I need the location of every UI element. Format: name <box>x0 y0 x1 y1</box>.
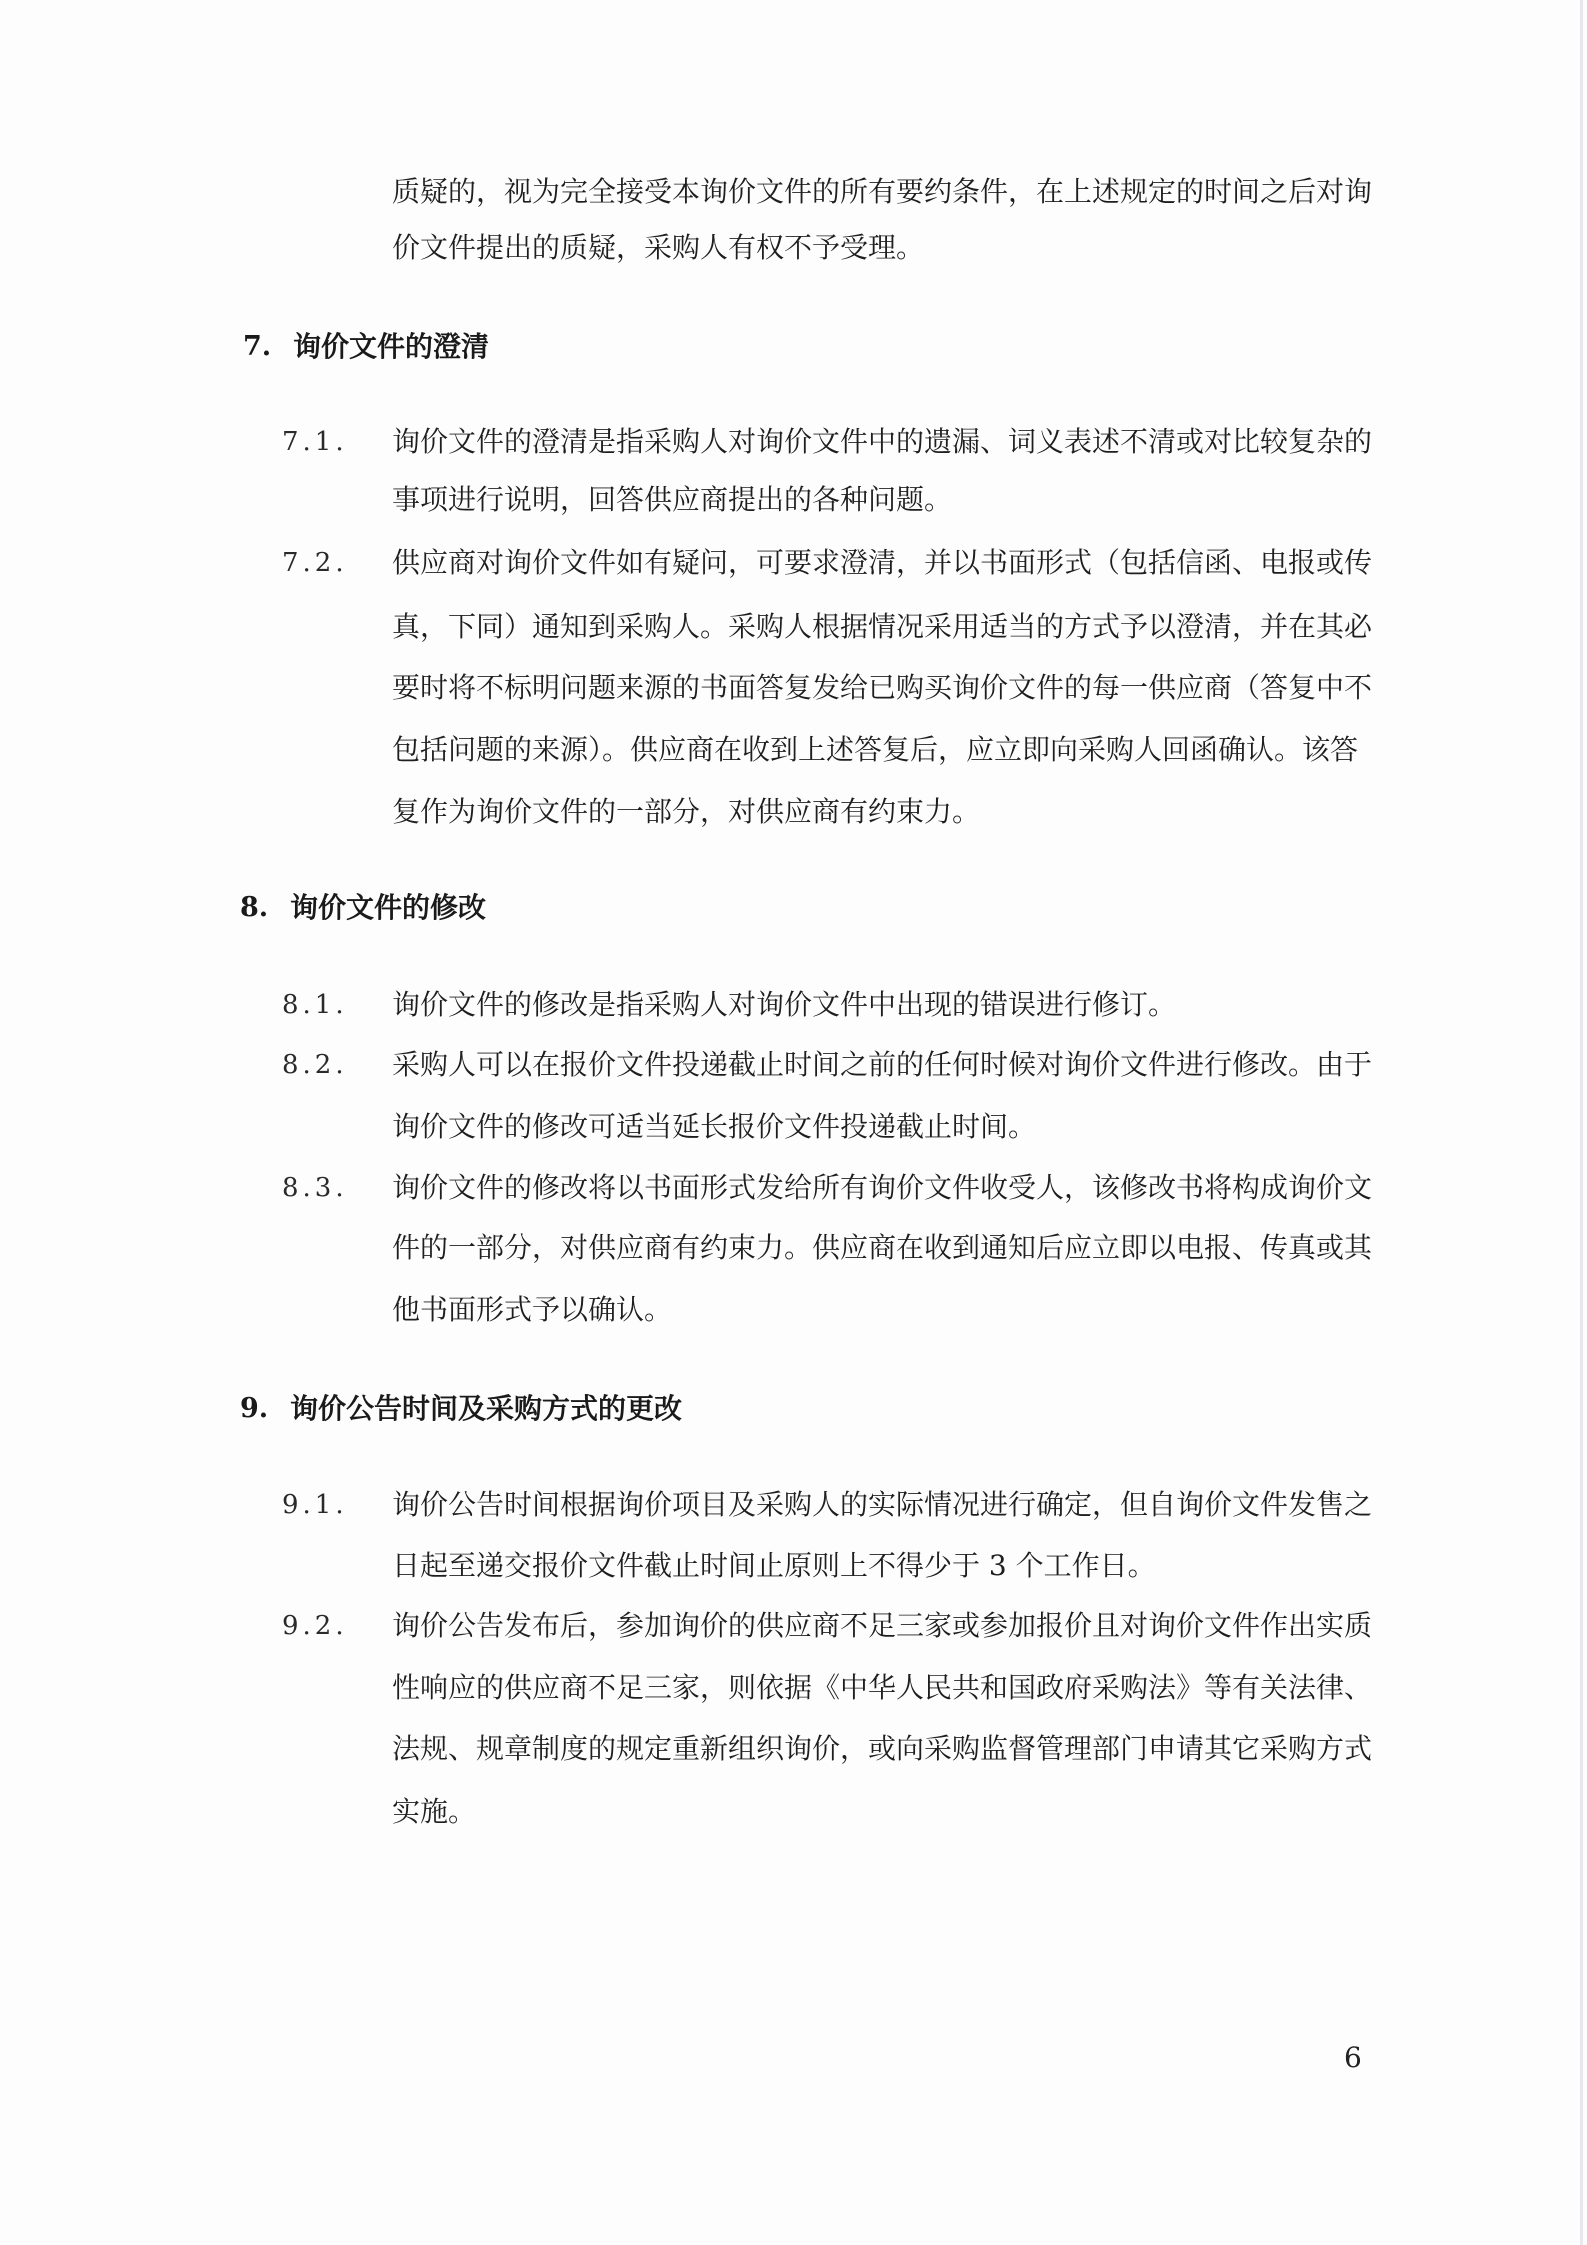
section-number: 7. <box>243 327 271 367</box>
item-8-3-line-1: 询价文件的修改将以书面形式发给所有询价文件收受人，该修改书将构成询价文 <box>392 1168 1356 1208</box>
page-number: 6 <box>1344 2040 1362 2076</box>
item-9-1-line-1: 询价公告时间根据询价项目及采购人的实际情况进行确定，但自询价文件发售之 <box>392 1485 1356 1525</box>
document-page: 质疑的，视为完全接受本询价文件的所有要约条件，在上述规定的时间之后对询 价文件提… <box>0 0 1587 2245</box>
item-8-3-line-3: 他书面形式予以确认。 <box>392 1290 672 1330</box>
item-number-8-1: 8.1. <box>282 985 348 1025</box>
item-7-2-line-1: 供应商对询价文件如有疑问，可要求澄清，并以书面形式（包括信函、电报或传 <box>392 543 1356 583</box>
item-8-2-line-1: 采购人可以在报价文件投递截止时间之前的任何时候对询价文件进行修改。由于 <box>392 1045 1356 1085</box>
item-8-2-line-2: 询价文件的修改可适当延长报价文件投递截止时间。 <box>392 1107 1036 1147</box>
section-title: 询价文件的修改 <box>290 888 486 928</box>
item-9-1-line-2: 日起至递交报价文件截止时间止原则上不得少于 3 个工作日。 <box>392 1546 1156 1586</box>
item-8-1-line-1: 询价文件的修改是指采购人对询价文件中出现的错误进行修订。 <box>392 985 1176 1025</box>
item-9-2-line-1: 询价公告发布后，参加询价的供应商不足三家或参加报价且对询价文件作出实质 <box>392 1606 1356 1646</box>
item-number-7-2: 7.2. <box>282 543 348 583</box>
section-number: 9. <box>240 1389 268 1429</box>
item-7-1-line-1: 询价文件的澄清是指采购人对询价文件中的遗漏、词义表述不清或对比较复杂的 <box>392 422 1356 462</box>
continuation-line-2: 价文件提出的质疑，采购人有权不予受理。 <box>392 228 924 268</box>
item-9-2-line-3: 法规、规章制度的规定重新组织询价，或向采购监督管理部门申请其它采购方式 <box>392 1729 1356 1769</box>
item-7-2-line-3: 要时将不标明问题来源的书面答复发给已购买询价文件的每一供应商（答复中不 <box>392 668 1356 708</box>
item-9-2-line-2: 性响应的供应商不足三家，则依据《中华人民共和国政府采购法》等有关法律、 <box>392 1668 1356 1708</box>
item-number-8-2: 8.2. <box>282 1045 348 1085</box>
item-7-2-line-5: 复作为询价文件的一部分，对供应商有约束力。 <box>392 792 980 832</box>
item-7-2-line-2: 真，下同）通知到采购人。采购人根据情况采用适当的方式予以澄清，并在其必 <box>392 607 1356 647</box>
item-number-9-2: 9.2. <box>282 1606 348 1646</box>
section-title: 询价文件的澄清 <box>293 327 489 367</box>
continuation-line-1: 质疑的，视为完全接受本询价文件的所有要约条件，在上述规定的时间之后对询 <box>392 172 1356 212</box>
item-number-7-1: 7.1. <box>282 422 348 462</box>
item-number-8-3: 8.3. <box>282 1168 348 1208</box>
item-7-1-line-2: 事项进行说明，回答供应商提出的各种问题。 <box>392 480 952 520</box>
section-number: 8. <box>240 888 268 928</box>
section-title: 询价公告时间及采购方式的更改 <box>290 1389 682 1429</box>
page-edge-shadow <box>1580 0 1583 2245</box>
item-7-2-line-4: 包括问题的来源）。供应商在收到上述答复后，应立即向采购人回函确认。该答 <box>392 730 1356 770</box>
item-8-3-line-2: 件的一部分，对供应商有约束力。供应商在收到通知后应立即以电报、传真或其 <box>392 1228 1356 1268</box>
item-9-2-line-4: 实施。 <box>392 1792 476 1832</box>
item-number-9-1: 9.1. <box>282 1485 348 1525</box>
